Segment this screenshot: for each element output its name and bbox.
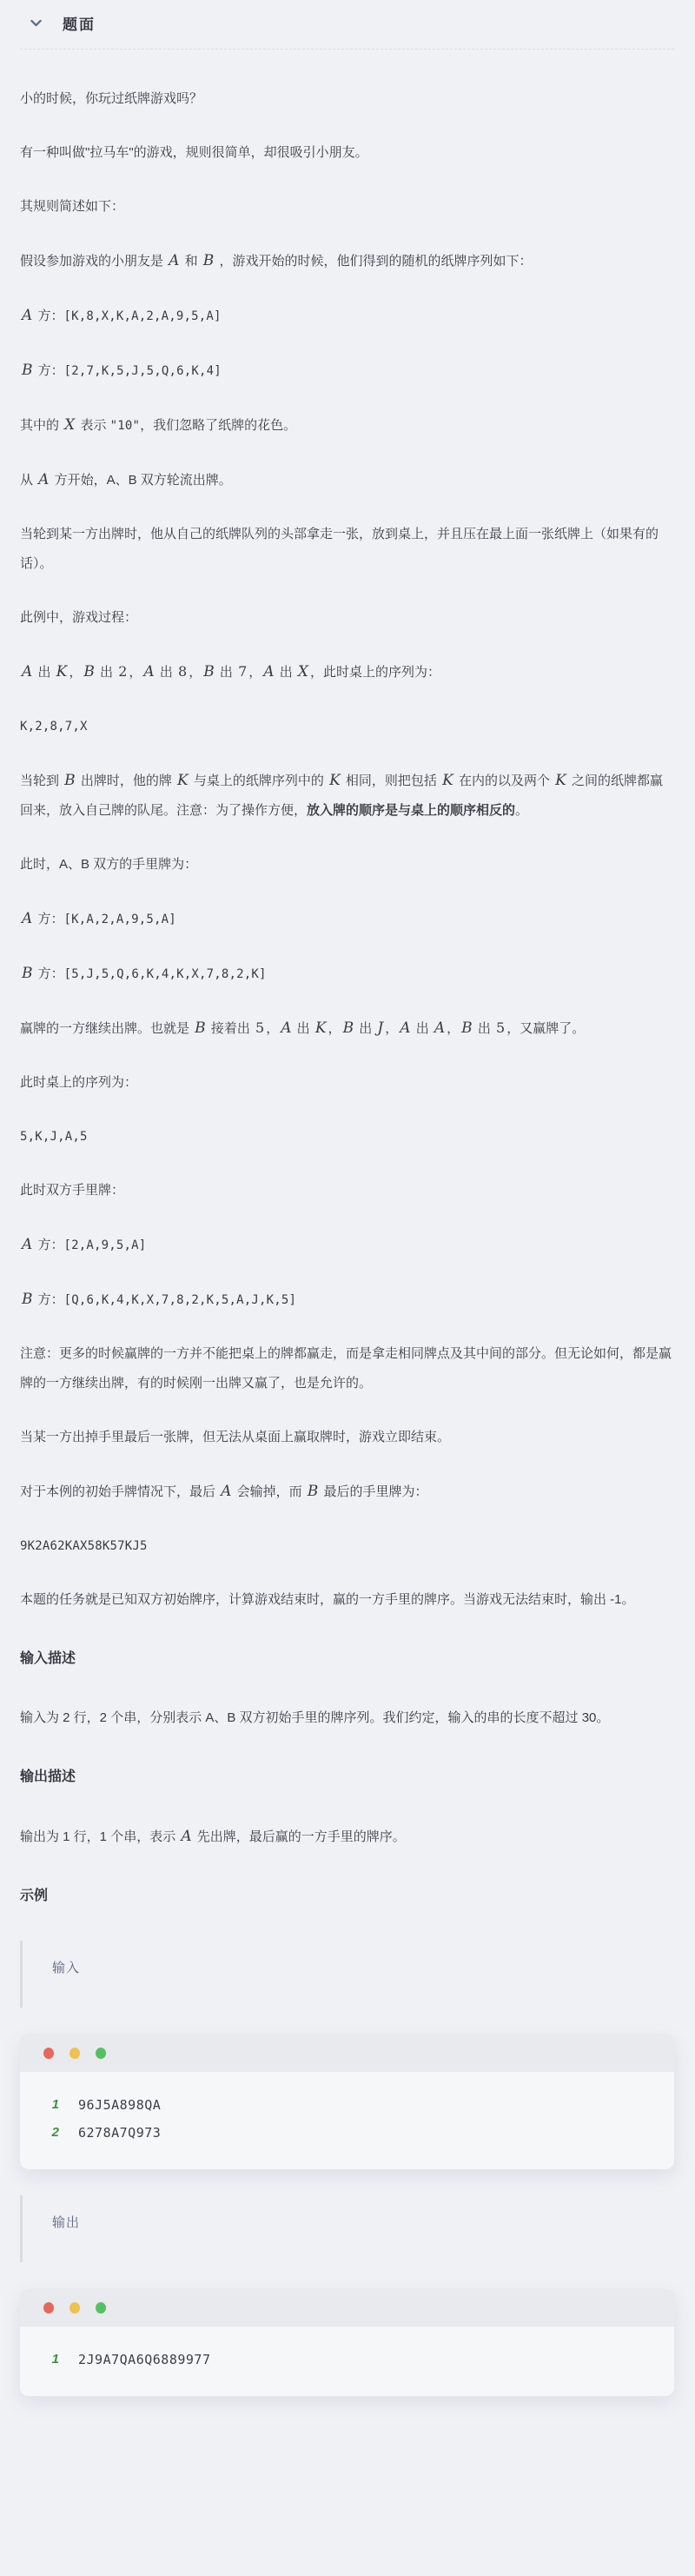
- text-run: 假设参加游戏的小朋友是: [20, 254, 167, 269]
- card-sequence: K,2,8,7,X: [20, 720, 88, 734]
- text-run: 出: [96, 665, 116, 680]
- statement-paragraph: 其中的 X 表示 "10"，我们忽略了纸牌的花色。: [20, 410, 674, 441]
- math-var: A: [36, 471, 50, 488]
- text-run: ，: [189, 665, 202, 680]
- bold-run: 放入牌的顺序是与桌上的顺序相反的: [307, 803, 515, 818]
- statement-paragraph: 赢牌的一方继续出牌。也就是 B 接着出 5，A 出 K，B 出 J，A 出 A，…: [20, 1013, 674, 1044]
- text-run: 此时双方手里牌：: [20, 1183, 124, 1198]
- statement-paragraph: 当轮到 B 出牌时，他的牌 K 与桌上的纸牌序列中的 K 相同，则把包括 K 在…: [20, 766, 674, 826]
- statement-paragraph: 5,K,J,A,5: [20, 1122, 674, 1152]
- code-window-titlebar: [20, 2034, 674, 2072]
- statement-paragraph: 对于本例的初始手牌情况下，最后 A 会输掉，而 B 最后的手里牌为：: [20, 1477, 674, 1507]
- text-run: ，此时桌上的序列为：: [310, 665, 440, 680]
- example-input-label: 输入: [52, 1961, 80, 1975]
- math-var: A: [433, 1019, 447, 1037]
- math-var: A: [179, 1828, 193, 1845]
- math-var: B: [202, 252, 216, 269]
- example-input-panel: 输入: [20, 1941, 674, 2008]
- line-number: 1: [20, 2091, 59, 2119]
- statement-paragraph: 当轮到某一方出牌时，他从自己的纸牌队列的头部拿走一张，放到桌上，并且压在最上面一…: [20, 520, 674, 579]
- statement-paragraph: A 方：[2,A,9,5,A]: [20, 1230, 674, 1260]
- text-run: 本题的任务就是已知双方初始牌序，计算游戏结束时，赢的一方手里的牌序。当游戏无法结…: [20, 1592, 635, 1607]
- text-run: 方：: [34, 912, 63, 926]
- window-dot-red-icon: [43, 2302, 54, 2314]
- math-var: A: [279, 1019, 293, 1037]
- math-var: B: [193, 1019, 208, 1037]
- statement-paragraph: B 方：[Q,6,K,4,K,X,7,8,2,K,5,A,J,K,5]: [20, 1285, 674, 1315]
- card-sequence: [K,A,2,A,9,5,A]: [63, 913, 175, 926]
- text-run: 方开始，A、B 双方轮流出牌。: [50, 473, 231, 488]
- text-run: 其规则简述如下：: [20, 199, 124, 214]
- statement-collapse-header[interactable]: 题面: [20, 9, 674, 34]
- text-run: 出: [276, 665, 296, 680]
- text-run: 出: [216, 665, 236, 680]
- math-var: B: [20, 362, 35, 379]
- window-dot-yellow-icon: [69, 2302, 80, 2314]
- math-var: A: [167, 252, 181, 269]
- math-var: A: [219, 1483, 233, 1500]
- text-run: 先出牌，最后赢的一方手里的牌序。: [194, 1829, 406, 1844]
- card-sequence: [2,A,9,5,A]: [63, 1238, 146, 1252]
- example-output-panel: 输出: [20, 2195, 674, 2262]
- statement-paragraph: K,2,8,7,X: [20, 712, 674, 741]
- math-num: 2: [116, 663, 129, 680]
- statement-paragraph: 有一种叫做"拉马车"的游戏，规则很简单，却很吸引小朋友。: [20, 138, 674, 168]
- window-dot-green-icon: [96, 2048, 106, 2059]
- text-run: 出: [156, 665, 176, 680]
- math-var: A: [398, 1019, 412, 1037]
- math-num: 5: [494, 1019, 506, 1036]
- text-run: 在内的以及两个: [455, 773, 553, 788]
- card-sequence: [Q,6,K,4,K,X,7,8,2,K,5,A,J,K,5]: [64, 1293, 297, 1307]
- code-text: 2J9A7QA6Q6889977: [59, 2346, 211, 2374]
- example-input-code-window: 196J5A898QA26278A7Q973: [20, 2034, 674, 2169]
- text-run: 出: [474, 1021, 494, 1036]
- example-output-code: 12J9A7QA6Q6889977: [20, 2327, 674, 2396]
- text-run: 此例中，游戏过程：: [20, 610, 137, 625]
- math-var: A: [20, 910, 34, 927]
- math-var: A: [20, 307, 34, 324]
- card-sequence: [2,7,K,5,J,5,Q,6,K,4]: [64, 364, 222, 378]
- code-line: 12J9A7QA6Q6889977: [20, 2346, 674, 2374]
- text-run: 出牌时，他的牌: [77, 773, 175, 788]
- card-sequence: 5,K,J,A,5: [20, 1130, 88, 1144]
- text-run: 最后的手里牌为：: [320, 1484, 427, 1499]
- text-run: 相同，则把包括: [342, 773, 440, 788]
- statement-paragraph: B 方：[5,J,5,Q,6,K,4,K,X,7,8,2,K]: [20, 959, 674, 989]
- math-var: K: [55, 663, 69, 681]
- subsection-heading: 示例: [20, 1882, 674, 1911]
- text-run: 。: [515, 803, 528, 818]
- math-var: A: [261, 663, 275, 681]
- text-run: 出: [355, 1021, 375, 1036]
- statement-paragraph: B 方：[2,7,K,5,J,5,Q,6,K,4]: [20, 355, 674, 386]
- math-var: B: [20, 965, 35, 982]
- text-run: 方：: [35, 966, 64, 981]
- text-run: ，: [328, 1021, 341, 1036]
- math-var: B: [20, 1291, 35, 1308]
- text-run: 和: [181, 254, 201, 269]
- text-run: 出: [413, 1021, 433, 1036]
- math-var: A: [20, 663, 34, 681]
- math-var: J: [375, 1019, 385, 1037]
- text-run: ，又赢牌了。: [506, 1021, 585, 1036]
- text-run: 表示: [76, 418, 109, 433]
- chevron-down-icon[interactable]: [29, 16, 43, 30]
- text-run: 有一种叫做"拉马车"的游戏，规则很简单，却很吸引小朋友。: [20, 145, 368, 160]
- text-run: 此时桌上的序列为：: [20, 1075, 137, 1090]
- math-num: 5: [254, 1019, 266, 1036]
- text-run: ，: [129, 665, 142, 680]
- text-run: 出: [294, 1021, 314, 1036]
- text-run: 会输掉，而: [233, 1484, 305, 1499]
- section-title: 题面: [63, 12, 96, 34]
- text-run: 当某一方出掉手里最后一张牌，但无法从桌面上赢取牌时，游戏立即结束。: [20, 1430, 450, 1444]
- math-var: K: [328, 772, 342, 789]
- text-run: 此时，A、B 双方的手里牌为：: [20, 857, 197, 872]
- statement-paragraph: A 方：[K,8,X,K,A,2,A,9,5,A]: [20, 301, 674, 331]
- math-var: A: [20, 1236, 34, 1253]
- statement-paragraph: 从 A 方开始，A、B 双方轮流出牌。: [20, 465, 674, 495]
- statement-paragraph: A 出 K，B 出 2，A 出 8，B 出 7，A 出 X，此时桌上的序列为：: [20, 657, 674, 687]
- math-var: X: [296, 663, 310, 681]
- text-run: ，: [69, 665, 82, 680]
- math-var: B: [63, 772, 77, 789]
- math-num: 7: [236, 663, 248, 680]
- subsection-heading: 输入描述: [20, 1644, 674, 1674]
- statement-paragraph: 小的时候，你玩过纸牌游戏吗？: [20, 84, 674, 114]
- statement-paragraph: 当某一方出掉手里最后一张牌，但无法从桌面上赢取牌时，游戏立即结束。: [20, 1423, 674, 1452]
- problem-statement-page: 题面 小的时候，你玩过纸牌游戏吗？有一种叫做"拉马车"的游戏，规则很简单，却很吸…: [0, 0, 695, 2576]
- math-var: B: [460, 1019, 474, 1037]
- math-var: B: [82, 663, 96, 681]
- text-run: 方：: [35, 1292, 64, 1307]
- statement-paragraph: 注意：更多的时候赢牌的一方并不能把桌上的牌都赢走，而是拿走相同牌点及其中间的部分…: [20, 1339, 674, 1398]
- statement-paragraph: 输入为 2 行，2 个串，分别表示 A、B 双方初始手里的牌序列。我们约定，输入…: [20, 1703, 674, 1733]
- math-var: A: [142, 663, 156, 681]
- text-run: ，: [248, 665, 261, 680]
- statement-paragraph: 9K2A62KAX58K57KJ5: [20, 1531, 674, 1561]
- statement-body: 小的时候，你玩过纸牌游戏吗？有一种叫做"拉马车"的游戏，规则很简单，却很吸引小朋…: [20, 50, 674, 1911]
- text-run: 其中的: [20, 418, 63, 433]
- text-run: 接着出: [208, 1021, 254, 1036]
- subsection-heading: 输出描述: [20, 1763, 674, 1792]
- text-run: 赢牌的一方继续出牌。也就是: [20, 1021, 193, 1036]
- card-sequence: "10": [110, 419, 141, 433]
- text-run: 对于本例的初始手牌情况下，最后: [20, 1484, 219, 1499]
- math-var: K: [553, 772, 568, 789]
- line-number: 2: [20, 2119, 59, 2147]
- code-text: 6278A7Q973: [59, 2119, 161, 2147]
- math-var: B: [202, 663, 216, 681]
- text-run: 小的时候，你玩过纸牌游戏吗？: [20, 91, 202, 106]
- statement-paragraph: 此时双方手里牌：: [20, 1176, 674, 1205]
- text-run: ，: [447, 1021, 460, 1036]
- text-run: ，: [266, 1021, 279, 1036]
- text-run: ，我们忽略了纸牌的花色。: [140, 418, 296, 433]
- text-run: 当轮到某一方出牌时，他从自己的纸牌队列的头部拿走一张，放到桌上，并且压在最上面一…: [20, 527, 659, 571]
- math-var: K: [314, 1019, 328, 1037]
- math-num: 8: [176, 663, 189, 680]
- code-window-titlebar: [20, 2288, 674, 2327]
- example-input-code: 196J5A898QA26278A7Q973: [20, 2072, 674, 2169]
- statement-paragraph: 假设参加游戏的小朋友是 A 和 B ，游戏开始的时候，他们得到的随机的纸牌序列如…: [20, 246, 674, 276]
- card-sequence: [5,J,5,Q,6,K,4,K,X,7,8,2,K]: [64, 967, 267, 981]
- text-run: ，游戏开始的时候，他们得到的随机的纸牌序列如下：: [215, 254, 532, 269]
- text-run: 出: [34, 665, 54, 680]
- text-run: 方：: [34, 309, 63, 323]
- text-run: ，: [385, 1021, 398, 1036]
- math-var: B: [341, 1019, 356, 1037]
- code-line: 26278A7Q973: [20, 2119, 674, 2147]
- code-line: 196J5A898QA: [20, 2091, 674, 2119]
- window-dot-green-icon: [96, 2302, 106, 2314]
- statement-paragraph: 此时桌上的序列为：: [20, 1068, 674, 1098]
- statement-paragraph: 此时，A、B 双方的手里牌为：: [20, 850, 674, 880]
- math-var: K: [440, 772, 455, 789]
- math-var: B: [306, 1483, 321, 1500]
- math-var: K: [175, 772, 190, 789]
- window-dot-red-icon: [43, 2048, 54, 2059]
- statement-paragraph: 输出为 1 行，1 个串，表示 A 先出牌，最后赢的一方手里的牌序。: [20, 1822, 674, 1852]
- statement-paragraph: 其规则简述如下：: [20, 192, 674, 222]
- text-run: 当轮到: [20, 773, 63, 788]
- text-run: 方：: [34, 1238, 63, 1252]
- example-output-code-window: 12J9A7QA6Q6889977: [20, 2288, 674, 2396]
- text-run: 从: [20, 473, 36, 488]
- card-sequence: 9K2A62KAX58K57KJ5: [20, 1539, 148, 1553]
- card-sequence: [K,8,X,K,A,2,A,9,5,A]: [63, 309, 221, 323]
- text-run: 输出为 1 行，1 个串，表示: [20, 1829, 179, 1844]
- text-run: 注意：更多的时候赢牌的一方并不能把桌上的牌都赢走，而是拿走相同牌点及其中间的部分…: [20, 1346, 672, 1391]
- math-var: X: [63, 416, 76, 434]
- statement-paragraph: A 方：[K,A,2,A,9,5,A]: [20, 904, 674, 934]
- statement-paragraph: 本题的任务就是已知双方初始牌序，计算游戏结束时，赢的一方手里的牌序。当游戏无法结…: [20, 1585, 674, 1615]
- line-number: 1: [20, 2346, 59, 2374]
- window-dot-yellow-icon: [69, 2048, 80, 2059]
- text-run: 方：: [35, 363, 64, 378]
- text-run: 与桌上的纸牌序列中的: [190, 773, 328, 788]
- code-text: 96J5A898QA: [59, 2091, 161, 2119]
- example-output-label: 输出: [52, 2215, 80, 2230]
- text-run: 输入为 2 行，2 个串，分别表示 A、B 双方初始手里的牌序列。我们约定，输入…: [20, 1710, 609, 1725]
- statement-paragraph: 此例中，游戏过程：: [20, 603, 674, 633]
